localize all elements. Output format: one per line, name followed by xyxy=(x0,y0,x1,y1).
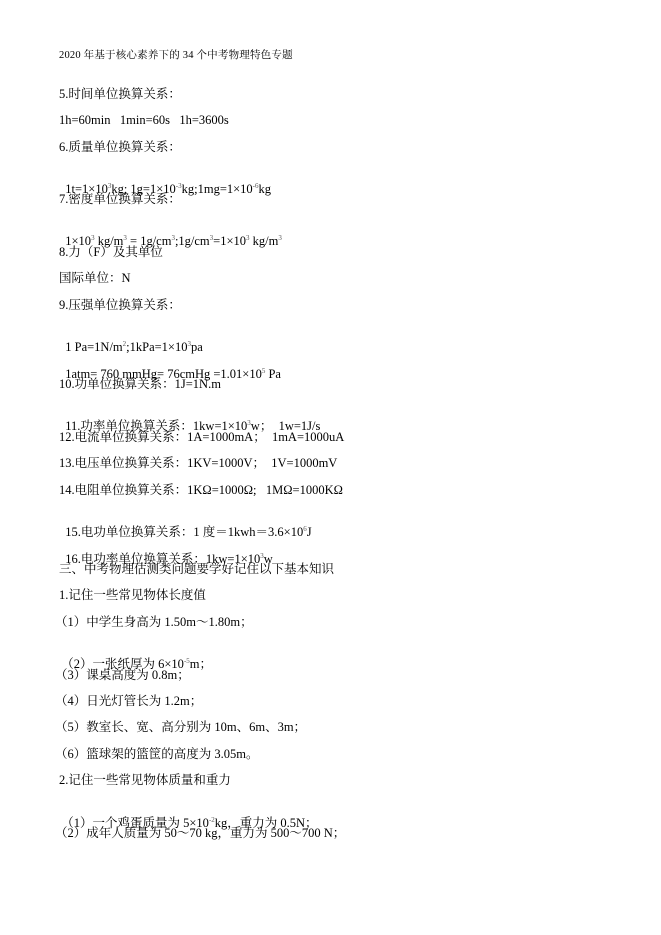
text-segment: J xyxy=(307,525,312,539)
page-header: 2020 年基于核心素养下的 34 个中考物理特色专题 xyxy=(59,47,293,62)
subheading-length-values: 1.记住一些常见物体长度值 xyxy=(59,587,206,603)
heading-pressure-units: 9.压强单位换算关系： xyxy=(59,297,181,313)
text-segment: kg/m xyxy=(250,234,279,248)
heading-time-units: 5.时间单位换算关系： xyxy=(59,86,181,102)
heading-mass-units: 6.质量单位换算关系： xyxy=(59,139,181,155)
text-segment: m； xyxy=(190,657,212,671)
subheading-mass-weight-values: 2.记住一些常见物体质量和重力 xyxy=(59,772,231,788)
work-units-relation: 10.功单位换算关系：1J=1N.m xyxy=(59,376,221,392)
exponent: 3 xyxy=(278,234,282,242)
text-segment: =1×10 xyxy=(213,234,246,248)
text-segment: ;1g/cm xyxy=(175,234,210,248)
current-units-relation: 12.电流单位换算关系：1A=1000mA； 1mA=1000uA xyxy=(59,429,344,445)
list-item: （6）篮球架的篮筐的高度为 3.05m。 xyxy=(55,746,258,762)
list-item: （4）日光灯管长为 1.2m； xyxy=(55,693,202,709)
text-segment: Pa xyxy=(265,367,281,381)
time-units-relation: 1h=60min 1min=60s 1h=3600s xyxy=(59,112,229,128)
voltage-units-relation: 13.电压单位换算关系：1KV=1000V； 1V=1000mV xyxy=(59,455,337,471)
heading-force-units: 8.力（F）及其单位 xyxy=(59,244,163,260)
section-heading-estimation: 三、中考物理估测类问题要学好记住以下基本知识 xyxy=(59,561,334,577)
heading-density-units: 7.密度单位换算关系： xyxy=(59,191,181,207)
list-item: （2）成年人质量为 50～70 kg，重力为 500～700 N； xyxy=(55,825,345,841)
list-item: （5）教室长、宽、高分别为 10m、6m、3m； xyxy=(55,719,306,735)
text-segment: kg xyxy=(259,182,272,196)
list-item: （1）中学生身高为 1.50m～1.80m； xyxy=(55,614,253,630)
text-segment: kg;1mg=1×10 xyxy=(182,182,253,196)
resistance-units-relation: 14.电阻单位换算关系：1KΩ=1000Ω; 1MΩ=1000KΩ xyxy=(59,482,343,498)
force-si-unit: 国际单位：N xyxy=(59,270,131,286)
list-item: （3）课桌高度为 0.8m； xyxy=(55,667,190,683)
